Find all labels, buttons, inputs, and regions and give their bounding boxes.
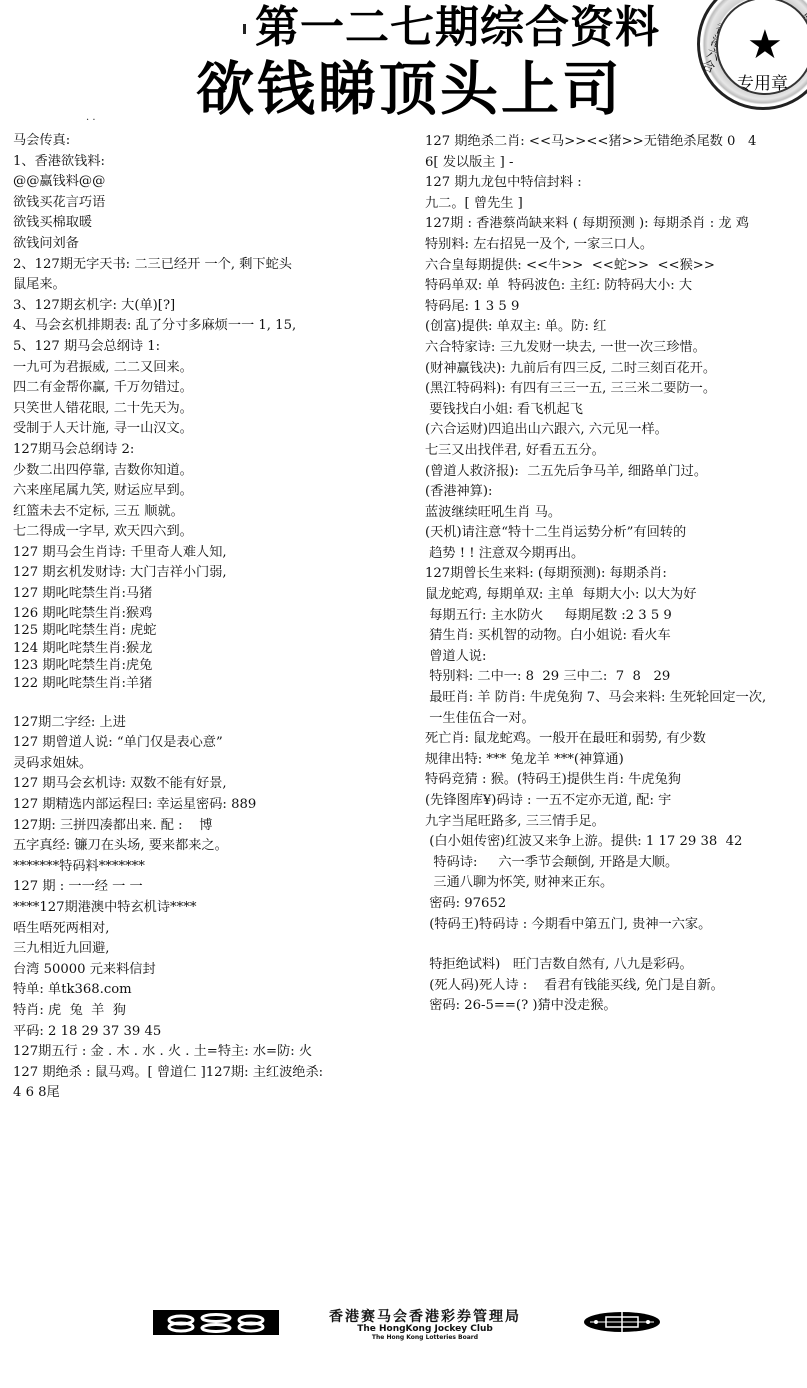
page-title: 第一二七期综合资料: [255, 2, 660, 54]
text-line: (先锋图库¥)码诗 : 一五不定亦无道, 配: 宇: [425, 791, 805, 812]
text-line: 3、127期玄机字: 大(单)[?]: [13, 296, 413, 317]
text-line: 九二。[ 曾先生 ]: [425, 194, 805, 215]
left-column: 马会传真:1、香港欲钱料:@@赢钱料@@欲钱买花言巧语欲钱买棉取暖欲钱问刘备2、…: [13, 131, 413, 1104]
text-line: 灵码求姐妹。: [13, 754, 413, 775]
text-line: 趋势 ! ! 注意双今期再出。: [425, 544, 805, 565]
text-line: 一生佳伍合一对。: [425, 709, 805, 730]
jockey-club-logo-left: [153, 1310, 279, 1335]
text-line: 每期五行: 主水防火 每期尾数 :2 3 5 9: [425, 606, 805, 627]
text-line: 5、127 期马会总纲诗 1:: [13, 337, 413, 358]
text-line: 鼠龙蛇鸡, 每期单双: 主单 每期大小: 以大为好: [425, 585, 805, 606]
text-line: 125 期叱咤禁生肖: 虎蛇: [13, 622, 413, 640]
text-line: 欲钱问刘备: [13, 234, 413, 255]
text-line: 猜生肖: 买机智的动物。白小姐说: 看火车: [425, 626, 805, 647]
text-line: 鼠尾来。: [13, 275, 413, 296]
text-line: 特码单双: 单 特码波色: 主红: 防特码大小: 大: [425, 276, 805, 297]
text-line: 密码: 26-5==(? )猜中没走猴。: [425, 996, 805, 1017]
text-line: 127期五行 : 金 . 木 . 水 . 火 . 土=特主: 水=防: 火: [13, 1042, 413, 1063]
official-seal-stamp: 香港六合 彩日报社 ★ 专用章: [697, 0, 807, 110]
stray-dots: · ·: [86, 116, 96, 126]
text-line: 特别料: 左右招晃一及个, 一家三口人。: [425, 235, 805, 256]
lotteries-board-logo-right: [582, 1310, 662, 1334]
footer-org-en-sub: The Hong Kong Lotteries Board: [295, 1334, 555, 1341]
text-line: 台湾 50000 元来料信封: [13, 960, 413, 981]
text-line: 127期 : 香港蔡尚缺来料 ( 每期预测 ): 每期杀肖 : 龙 鸡: [425, 214, 805, 235]
text-line: (六合运财)四追出山六跟六, 六元见一样。: [425, 420, 805, 441]
text-line: 122 期叱咤禁生肖:羊猪: [13, 675, 413, 693]
text-line: 特单: 单tk368.com: [13, 980, 413, 1001]
text-line: @@赢钱料@@: [13, 172, 413, 193]
text-line: 特拒绝试料) 旺门吉数自然有, 八九是彩码。: [425, 955, 805, 976]
text-line: 欲钱买棉取暖: [13, 213, 413, 234]
text-line: 127 期绝杀 : 鼠马鸡。[ 曾道仁 ]127期: 主红波绝杀:: [13, 1063, 413, 1084]
text-line: 要钱找白小姐: 看飞机起飞: [425, 400, 805, 421]
text-line: 127 期精选内部运程曰: 幸运星密码: 889: [13, 795, 413, 816]
text-line: (曾道人救济报): 二五先后争马羊, 细路单门过。: [425, 462, 805, 483]
page-subtitle: 欲钱睇顶头上司: [196, 58, 623, 120]
text-line: 1、香港欲钱料:: [13, 152, 413, 173]
text-line: 4、马会玄机排期表: 乱了分寸多麻烦一一 1, 15,: [13, 316, 413, 337]
text-line: 127 期绝杀二肖: <<马>><<猪>>无错绝杀尾数 0 4: [425, 132, 805, 153]
text-line: 只笑世人错花眼, 二十先天为。: [13, 399, 413, 420]
text-line: 126 期叱咤禁生肖:猴鸡: [13, 605, 413, 623]
text-line: 三九相近九回避,: [13, 939, 413, 960]
text-line: 127 期马会生肖诗: 千里奇人难人知,: [13, 543, 413, 564]
text-line: 127 期曾道人说: “单门仅是表心意”: [13, 733, 413, 754]
footer-organization: 香港赛马会香港彩券管理局 The HongKong Jockey Club Th…: [295, 1309, 555, 1341]
seal-label: 专用章: [737, 69, 788, 94]
text-line: 特码尾: 1 3 5 9: [425, 297, 805, 318]
text-line: 七三又出找伴君, 好看五五分。: [425, 441, 805, 462]
text-line: 七二得成一字早, 欢天四六到。: [13, 522, 413, 543]
text-line: 特肖: 虎 兔 羊 狗: [13, 1001, 413, 1022]
stray-tick-mark: [243, 24, 246, 34]
text-line: 密码: 97652: [425, 894, 805, 915]
text-line: 4 6 8尾: [13, 1083, 413, 1104]
text-line: 受制于人天计施, 寻一山汉文。: [13, 419, 413, 440]
right-column: 127 期绝杀二肖: <<马>><<猪>>无错绝杀尾数 0 46[ 发以版主 ]…: [425, 132, 805, 1017]
spacer: [13, 693, 413, 713]
text-line: 曾道人说:: [425, 647, 805, 668]
text-line: 127 期马会玄机诗: 双数不能有好景,: [13, 774, 413, 795]
lottery-emblem-icon: [582, 1310, 662, 1334]
text-line: 127 期 : 一一经 一 一: [13, 877, 413, 898]
text-line: 127期二字经: 上进: [13, 713, 413, 734]
text-line: (香港神算):: [425, 482, 805, 503]
text-line: 九字当尾旺路多, 三三情手足。: [425, 812, 805, 833]
text-line: 马会传真:: [13, 131, 413, 152]
text-line: 特码竞猜 : 猴。(特码王)提供生肖: 牛虎兔狗: [425, 770, 805, 791]
text-line: (财神赢钱决): 九前后有四三反, 二时三刻百花开。: [425, 359, 805, 380]
text-line: 6[ 发以版主 ] -: [425, 153, 805, 174]
text-line: 最旺肖: 羊 防肖: 牛虎兔狗 7、马会来料: 生死轮回定一次,: [425, 688, 805, 709]
text-line: 特别料: 二中一: 8 29 三中二: 7 8 29: [425, 667, 805, 688]
text-line: *******特码料*******: [13, 857, 413, 878]
text-line: 红篮未去不定标, 三五 顺就。: [13, 502, 413, 523]
knot-emblem-icon: [161, 1313, 271, 1333]
text-line: 少数二出四停靠, 吉数你知道。: [13, 461, 413, 482]
text-line: 六来座尾属九笑, 财运应早到。: [13, 481, 413, 502]
footer-org-cn: 香港赛马会香港彩券管理局: [295, 1309, 555, 1325]
text-line: (白小姐传密)红波又来争上游。提供: 1 17 29 38 42: [425, 832, 805, 853]
text-line: 规律出特: *** 兔龙羊 ***(神算通): [425, 750, 805, 771]
text-line: 123 期叱咤禁生肖:虎兔: [13, 657, 413, 675]
text-line: 127期曾长生来料: (每期预测): 每期杀肖:: [425, 564, 805, 585]
text-line: 127 期叱咤禁生肖:马猪: [13, 584, 413, 605]
text-line: 四二有金帮你赢, 千万勿错过。: [13, 378, 413, 399]
text-line: 124 期叱咤禁生肖:猴龙: [13, 640, 413, 658]
footer-org-en: The HongKong Jockey Club: [295, 1325, 555, 1334]
text-line: 六合皇每期提供: <<牛>> <<蛇>> <<猴>>: [425, 256, 805, 277]
text-line: 六合特家诗: 三九发财一块去, 一世一次三珍惜。: [425, 338, 805, 359]
text-line: 2、127期无字天书: 二三已经开 一个, 剩下蛇头: [13, 255, 413, 276]
text-line: 127 期玄机发财诗: 大门吉祥小门弱,: [13, 563, 413, 584]
text-line: 欲钱买花言巧语: [13, 193, 413, 214]
text-line: (死人码)死人诗 : 看君有钱能买线, 免门是自新。: [425, 976, 805, 997]
text-line: 一九可为君振威, 二二又回来。: [13, 358, 413, 379]
text-line: (创富)提供: 单双主: 单。防: 红: [425, 317, 805, 338]
text-line: 五字真经: 镰刀在头场, 要来都来之。: [13, 836, 413, 857]
seal-inner-ring: ★ 专用章: [716, 0, 807, 95]
text-line: 死亡肖: 鼠龙蛇鸡。一般开在最旺和弱势, 有少数: [425, 729, 805, 750]
text-line: (特码王)特码诗 : 今期看中第五门, 贵神一六家。: [425, 915, 805, 936]
text-line: 平码: 2 18 29 37 39 45: [13, 1022, 413, 1043]
spacer: [425, 935, 805, 955]
text-line: 127期: 三拼四凑都出来. 配 : 博: [13, 816, 413, 837]
star-icon: ★: [747, 25, 783, 65]
text-line: 三通八聊为怀笑, 财神来正东。: [425, 873, 805, 894]
text-line: ****127期港澳中特玄机诗****: [13, 898, 413, 919]
text-line: 蓝波继续旺吼生肖 马。: [425, 503, 805, 524]
text-line: 唔生唔死两相对,: [13, 919, 413, 940]
text-line: (黑江特码料): 有四有三三一五, 三三米二要防一。: [425, 379, 805, 400]
text-line: 特码诗: 六一季节会颠倒, 开路是大顺。: [425, 853, 805, 874]
text-line: (天机)请注意“特十二生肖运势分析”有回转的: [425, 523, 805, 544]
text-line: 127期马会总纲诗 2:: [13, 440, 413, 461]
text-line: 127 期九龙包中特信封料 :: [425, 173, 805, 194]
